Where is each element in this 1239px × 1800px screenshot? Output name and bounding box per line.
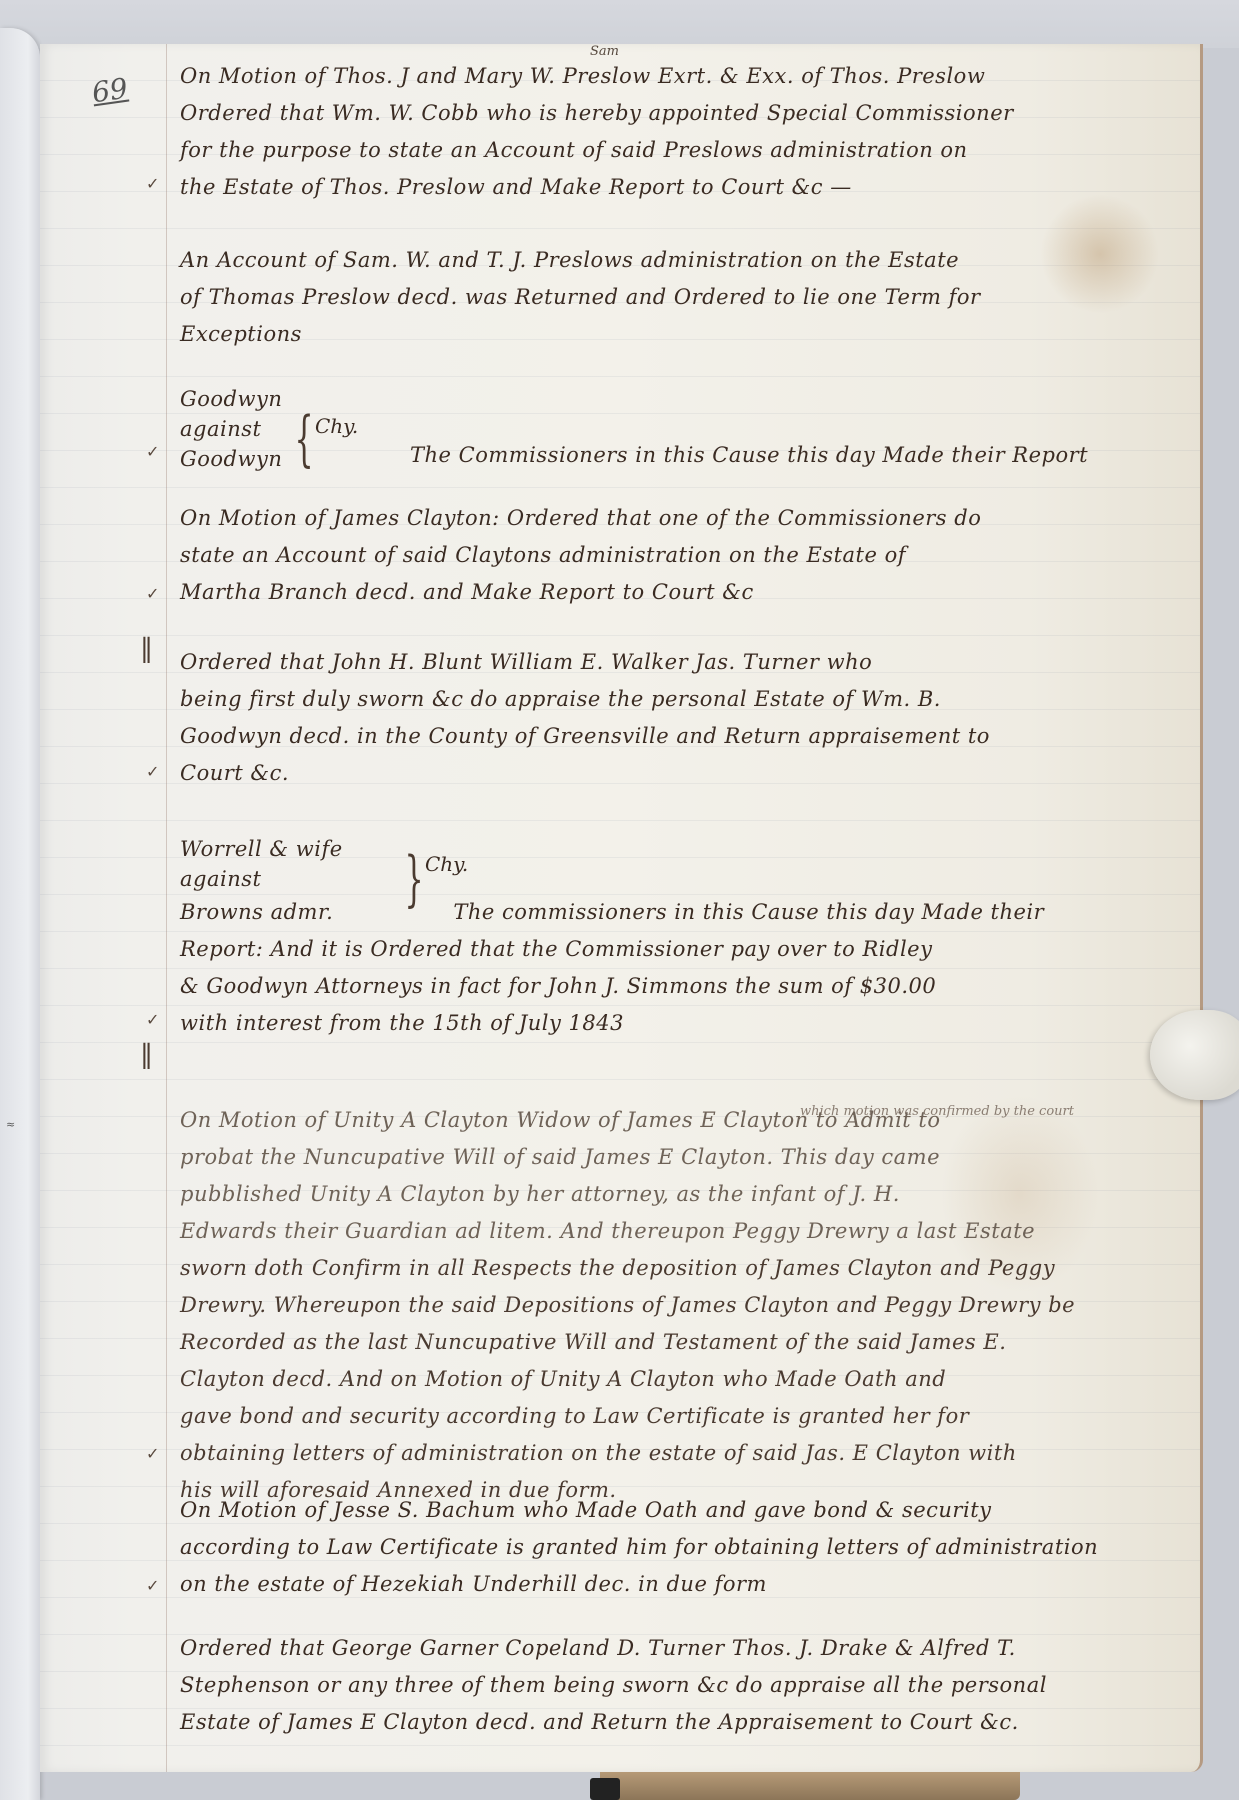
entry-line: An Account of Sam. W. and T. J. Preslows… (180, 242, 1190, 279)
entry-bachum-motion: On Motion of Jesse S. Bachum who Made Oa… (180, 1492, 1190, 1603)
entry-line: Exceptions (180, 316, 1190, 353)
entry-line: Recorded as the last Nuncupative Will an… (180, 1324, 1190, 1361)
entry-line: Edwards their Guardian ad litem. And the… (180, 1213, 1190, 1250)
entry-line: On Motion of Jesse S. Bachum who Made Oa… (180, 1492, 1190, 1529)
entry-line: of Thomas Preslow decd. was Returned and… (180, 279, 1190, 316)
check-mark: ✓ (146, 174, 159, 193)
entry-line: On Motion of Unity A Clayton Widow of Ja… (180, 1102, 1190, 1139)
entry-line: Estate of James E Clayton decd. and Retu… (180, 1704, 1190, 1741)
caption-against: against (180, 414, 282, 444)
case-caption-goodwyn: Goodwyn against Goodwyn (180, 384, 282, 474)
entry-line: Goodwyn decd. in the County of Greensvil… (180, 718, 1190, 755)
case-caption-worrell: Worrell & wife against (180, 834, 343, 894)
interlinear-insertion: Sam (590, 44, 619, 59)
entry-line: Clayton decd. And on Motion of Unity A C… (180, 1361, 1190, 1398)
entry-line: according to Law Certificate is granted … (180, 1529, 1190, 1566)
court-chancery-label: Chy. (315, 414, 358, 438)
entry-line: Ordered that George Garner Copeland D. T… (180, 1630, 1190, 1667)
entry-goodwyn-case: The Commissioners in this Cause this day… (410, 437, 1190, 474)
caption-defendant: Goodwyn (180, 444, 282, 474)
entry-line: & Goodwyn Attorneys in fact for John J. … (180, 968, 1190, 1005)
entry-clayton-appraisal-order: Ordered that George Garner Copeland D. T… (180, 1630, 1190, 1741)
entry-line: Report: And it is Ordered that the Commi… (180, 931, 1190, 968)
check-mark: ✓ (146, 1444, 159, 1463)
facing-page-mark: ≈ (6, 1118, 15, 1131)
entry-line: Browns admr. The commissioners in this C… (180, 894, 1190, 931)
entry-worrell-case: Browns admr. The commissioners in this C… (180, 894, 1190, 1042)
check-mark: ✓ (146, 442, 159, 461)
court-chancery-label: Chy. (425, 852, 468, 876)
margin-rule (166, 44, 167, 1772)
entry-line: Ordered that Wm. W. Cobb who is hereby a… (180, 95, 1190, 132)
check-mark: ✓ (146, 762, 159, 781)
entry-line: state an Account of said Claytons admini… (180, 537, 1190, 574)
entry-line: probat the Nuncupative Will of said Jame… (180, 1139, 1190, 1176)
entry-line: The Commissioners in this Cause this day… (410, 437, 1190, 474)
check-mark: ✓ (146, 1576, 159, 1595)
entry-line: pubblished Unity A Clayton by her attorn… (180, 1176, 1190, 1213)
caption-against: against (180, 864, 343, 894)
entry-line: sworn doth Confirm in all Respects the d… (180, 1250, 1190, 1287)
caption-plaintiff: Worrell & wife (180, 834, 343, 864)
folio-number: 69 (90, 72, 130, 110)
entry-line: the Estate of Thos. Preslow and Make Rep… (180, 169, 1190, 206)
book-spine-edge (600, 1772, 1020, 1800)
photo-backdrop (0, 0, 1239, 48)
entry-line: Court &c. (180, 755, 1190, 792)
entry-text: The commissioners in this Cause this day… (453, 894, 1044, 931)
caption-plaintiff: Goodwyn (180, 384, 282, 414)
entry-line: being first duly sworn &c do appraise th… (180, 681, 1190, 718)
entry-line: On Motion of James Clayton: Ordered that… (180, 500, 1190, 537)
check-mark: ✓ (146, 1010, 159, 1029)
paragraph-mark: ‖ (140, 634, 153, 664)
book-clip (590, 1778, 620, 1800)
entry-line: On Motion of Thos. J and Mary W. Preslow… (180, 58, 1190, 95)
check-mark: ✓ (146, 584, 159, 603)
entry-appraisal-order: Ordered that John H. Blunt William E. Wa… (180, 644, 1190, 792)
entry-clayton-motion: On Motion of James Clayton: Ordered that… (180, 500, 1190, 611)
entry-preslow-account: An Account of Sam. W. and T. J. Preslows… (180, 242, 1190, 353)
entry-line: Ordered that John H. Blunt William E. Wa… (180, 644, 1190, 681)
entry-preslow-motion: On Motion of Thos. J and Mary W. Preslow… (180, 58, 1190, 206)
entry-unity-clayton-motion: On Motion of Unity A Clayton Widow of Ja… (180, 1102, 1190, 1509)
entry-line: gave bond and security according to Law … (180, 1398, 1190, 1435)
entry-line: Martha Branch decd. and Make Report to C… (180, 574, 1190, 611)
entry-line: obtaining letters of administration on t… (180, 1435, 1190, 1472)
entry-line: on the estate of Hezekiah Underhill dec.… (180, 1566, 1190, 1603)
holding-thumb (1150, 1010, 1239, 1100)
paragraph-mark: ‖ (140, 1040, 153, 1070)
entry-line: with interest from the 15th of July 1843 (180, 1005, 1190, 1042)
entry-line: Drewry. Whereupon the said Depositions o… (180, 1287, 1190, 1324)
caption-brace: { (295, 404, 314, 474)
ledger-page: 69 Sam On Motion of Thos. J and Mary W. … (40, 44, 1203, 1772)
entry-line: Stephenson or any three of them being sw… (180, 1667, 1190, 1704)
facing-page-edge: ≈ (0, 28, 40, 1800)
caption-defendant: Browns admr. (180, 894, 333, 931)
entry-line: for the purpose to state an Account of s… (180, 132, 1190, 169)
